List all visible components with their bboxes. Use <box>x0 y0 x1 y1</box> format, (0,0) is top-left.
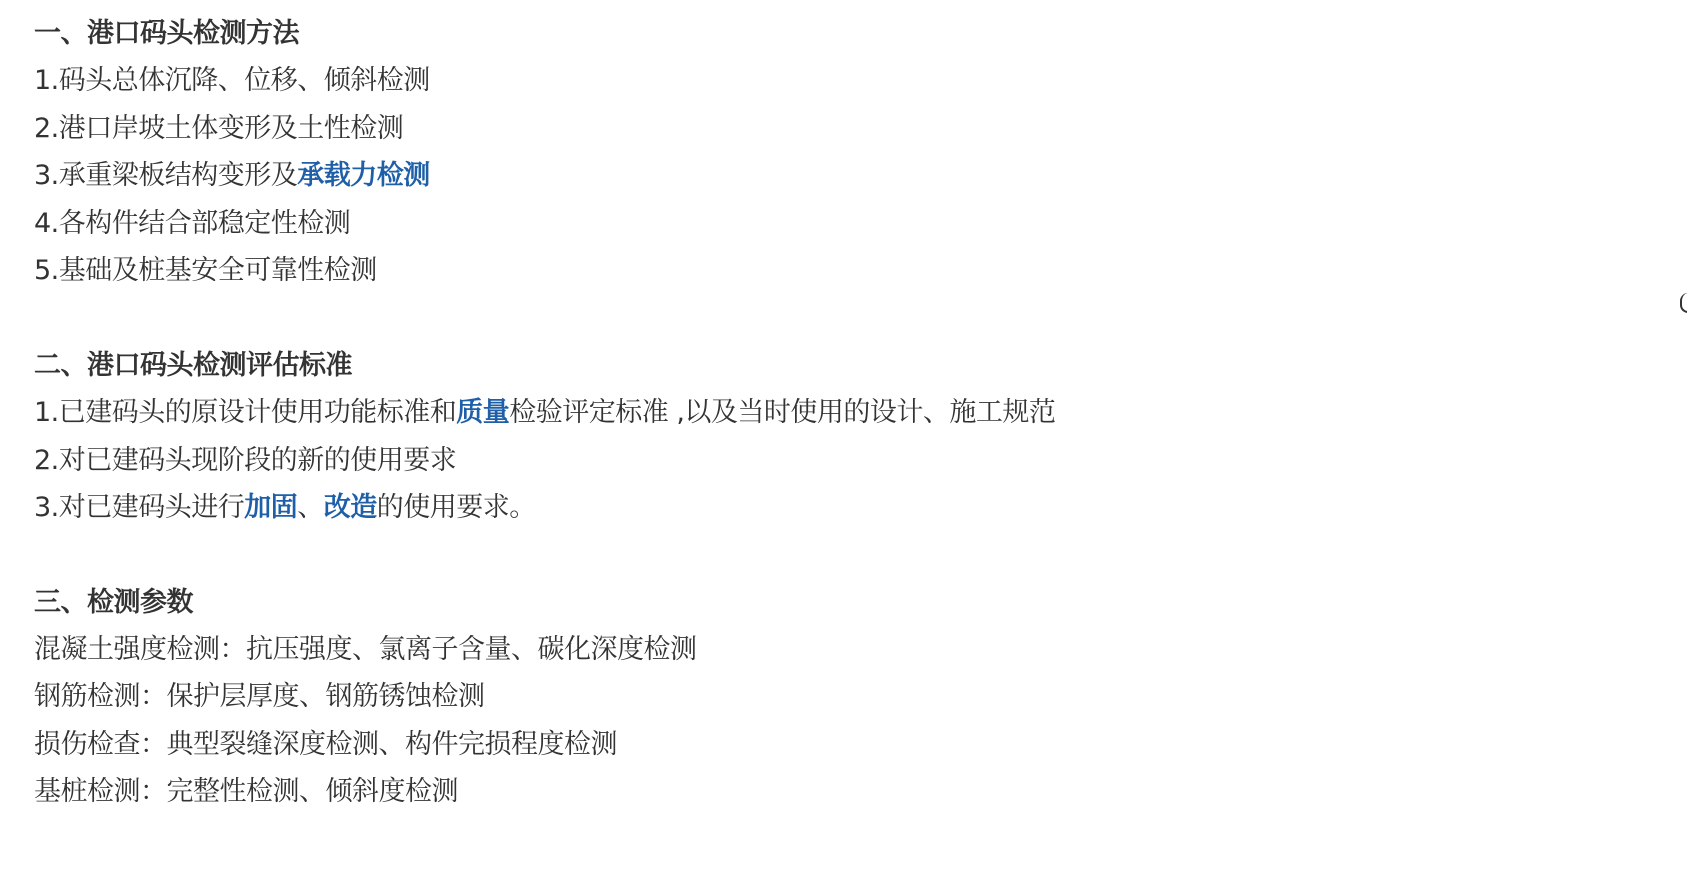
list-item: 基桩检测：完整性检测、倾斜度检测 <box>34 768 1055 815</box>
list-item: 钢筋检测：保护层厚度、钢筋锈蚀检测 <box>34 673 1055 720</box>
spacer <box>34 294 1055 341</box>
list-item: 1.已建码头的原设计使用功能标准和质量检验评定标准 ,以及当时使用的设计、施工规… <box>34 389 1055 436</box>
list-item: 3.对已建码头进行加固、改造的使用要求。 <box>34 484 1055 531</box>
section-heading-parameters: 三、检测参数 <box>34 579 1055 626</box>
item-text: 损伤检查：典型裂缝深度检测、构件完损程度检测 <box>34 729 617 760</box>
section-heading-standards: 二、港口码头检测评估标准 <box>34 342 1055 389</box>
list-item: 2.对已建码头现阶段的新的使用要求 <box>34 437 1055 484</box>
item-text: 5.基础及桩基安全可靠性检测 <box>34 255 377 286</box>
item-text: 、 <box>297 492 324 523</box>
item-text: 3.对已建码头进行 <box>34 492 244 523</box>
link-quality[interactable]: 质量 <box>456 397 509 428</box>
link-bearing-capacity-test[interactable]: 承载力检测 <box>297 160 430 191</box>
section-heading-methods: 一、港口码头检测方法 <box>34 10 1055 57</box>
list-item: 2.港口岸坡土体变形及土性检测 <box>34 105 1055 152</box>
spacer <box>34 531 1055 578</box>
item-text: 混凝土强度检测：抗压强度、氯离子含量、碳化深度检测 <box>34 634 697 665</box>
item-text: 2.对已建码头现阶段的新的使用要求 <box>34 445 456 476</box>
item-text: 检验评定标准 ,以及当时使用的设计、施工规范 <box>509 397 1055 428</box>
item-text: 1.码头总体沉降、位移、倾斜检测 <box>34 65 430 96</box>
list-item: 5.基础及桩基安全可靠性检测 <box>34 247 1055 294</box>
item-text: 3.承重梁板结构变形及 <box>34 160 297 191</box>
item-text: 基桩检测：完整性检测、倾斜度检测 <box>34 776 458 807</box>
list-item: 3.承重梁板结构变形及承载力检测 <box>34 152 1055 199</box>
list-item: 4.各构件结合部稳定性检测 <box>34 200 1055 247</box>
article-body: 一、港口码头检测方法 1.码头总体沉降、位移、倾斜检测 2.港口岸坡土体变形及土… <box>34 10 1055 816</box>
link-renovation[interactable]: 改造 <box>324 492 377 523</box>
item-text: 2.港口岸坡土体变形及土性检测 <box>34 113 403 144</box>
partial-cursor-icon <box>1680 293 1687 313</box>
item-text: 1.已建码头的原设计使用功能标准和 <box>34 397 456 428</box>
list-item: 混凝土强度检测：抗压强度、氯离子含量、碳化深度检测 <box>34 626 1055 673</box>
item-text: 4.各构件结合部稳定性检测 <box>34 208 350 239</box>
list-item: 1.码头总体沉降、位移、倾斜检测 <box>34 57 1055 104</box>
item-text: 的使用要求。 <box>377 492 536 523</box>
item-text: 钢筋检测：保护层厚度、钢筋锈蚀检测 <box>34 681 485 712</box>
link-reinforcement[interactable]: 加固 <box>244 492 297 523</box>
list-item: 损伤检查：典型裂缝深度检测、构件完损程度检测 <box>34 721 1055 768</box>
